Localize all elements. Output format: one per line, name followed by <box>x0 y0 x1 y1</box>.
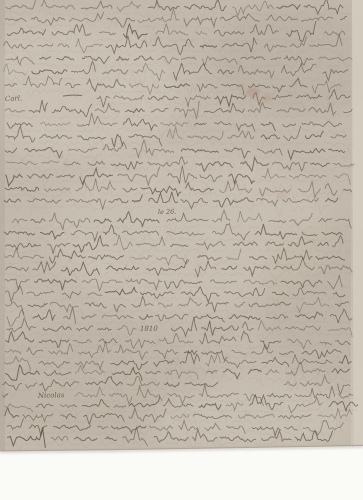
legible-word: 1810 <box>140 325 158 333</box>
scanned-letter: Scanned page of a handwritten letter, 19… <box>0 0 363 500</box>
letter-page-svg: Scanned page of a handwritten letter, 19… <box>0 0 363 500</box>
legible-word: Carl. <box>5 94 23 103</box>
legible-word: Nicolas <box>37 391 65 400</box>
paper-grain <box>0 0 363 452</box>
rust-stain <box>246 87 260 97</box>
rust-stain <box>262 94 272 102</box>
rust-stain <box>237 83 245 89</box>
legible-word: le 26. <box>158 208 176 216</box>
rust-stain <box>276 192 288 200</box>
